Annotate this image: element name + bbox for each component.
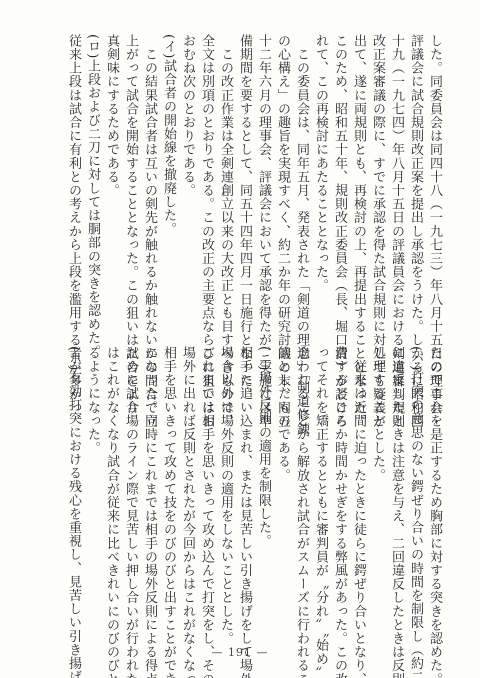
- list-item-heading: (イ)試合者の開始線を撤廃した。: [159, 34, 178, 330]
- text-column: した。同委員会は同四十八（一九七三）年八月十五日の理事会・: [425, 34, 444, 330]
- text-column: この結果試合者は互いの剣先が触れるか触れないかの間合で立: [140, 34, 159, 330]
- text-column: 場外に出れば反則とされたが今回からはこれがなくなったので: [178, 346, 197, 632]
- text-column: この改正作業は全剣連創立以来の大改正とも目すべきもので、: [216, 34, 235, 330]
- page-number: — 191 —: [0, 646, 480, 659]
- text-column: 真剣味にするためである。: [102, 34, 121, 330]
- text-column: これまでは相手を思いきって攻め込んで打突をし、その余勢で: [197, 346, 216, 632]
- text-column: 処理することとした。: [368, 346, 387, 632]
- text-column: れて、この再検討にあたることとなった。: [311, 34, 330, 330]
- text-column: ために試合場のライン際で見苦しい押し合いが行われたが今後: [121, 346, 140, 632]
- text-column: 従来は近間に迫ったときに徒らに鍔ぜり合いとなり、時間を空: [349, 346, 368, 632]
- text-column: 的としたものである。: [273, 346, 292, 632]
- text-column: 費するどころか時間かせぎをする弊風があった。この改正によ: [330, 346, 349, 632]
- text-column: はこれがなくなり試合が従来に比べきれいにのびのびと行われ: [102, 346, 121, 632]
- text-column: になった。同時にこれまでは相手の場外反則による得点を稼ぐ: [140, 346, 159, 632]
- list-item-heading: (ニ)場外反則の適用を制限した。: [254, 346, 273, 632]
- text-column: 追われることから解放され試合がスムーズに行われることを目: [292, 346, 311, 632]
- list-item-heading: (ホ)有効打突における残心を重視し、見苦しい引き揚げをした場合: [64, 346, 83, 632]
- text-column: 場合以外は場外反則の適用をしないこととした。: [216, 346, 235, 632]
- text-column: に違反したときは注意を与え、二回違反したときは反則として: [387, 346, 406, 632]
- text-column: たのでこれを是正するため胸部に対する突きを認めた。: [425, 346, 444, 632]
- text-column: 十九（一九七四）年八月十五日の評議員会における剣道審判規則: [387, 34, 406, 330]
- text-column: このため、昭和五十年、規則改正委員会（長、堀口清）が設けら: [330, 34, 349, 330]
- text-column: 出て、遂に両規則とも、再検討の上、再提出することとなった。: [349, 34, 368, 330]
- document-page: した。同委員会は同四十八（一九七三）年八月十五日の理事会・ 評議会に試合規則改正…: [0, 0, 480, 678]
- text-block-top: した。同委員会は同四十八（一九七三）年八月十五日の理事会・ 評議会に試合規則改正…: [64, 34, 444, 330]
- text-column: 相手に追い込まれ、または見苦しい引き揚げをして場外に出た: [235, 346, 254, 632]
- text-column: の心構え」の趣旨を実現すべく、約二か年の研究討議の末、同五: [273, 34, 292, 330]
- text-column: 全文は別項のとおりである。この改正の主要点ならびに狙いはお: [197, 34, 216, 330]
- text-column: 相手を思いきって攻めて技をのびのびと出すことができるよう: [159, 346, 178, 632]
- list-item-heading: (ロ)上段および二刀に対しては胴部の突きを認めた。: [83, 34, 102, 330]
- text-block-bottom: たのでこれを是正するため胸部に対する突きを認めた。 (ハ)打突の意思のない鍔ぜり…: [64, 346, 444, 632]
- text-column: 従来上段は試合に有利との考えから上段を濫用する者が多かっ: [64, 34, 83, 330]
- text-column: おむね次のとおりである。: [178, 34, 197, 330]
- text-column: この委員会は、同年五月、発表された「剣道の理念」「剣道修錬: [292, 34, 311, 330]
- text-column: ってそれを矯正するとともに審判員が〝分れ〟〝始め〟の指示に: [311, 346, 330, 632]
- text-column: 備期間を要するとして、同五十四年四月一日施行となった。: [235, 34, 254, 330]
- list-item-heading: (ハ)打突の意思のない鍔ぜり合いの時間を制限し（約二十秒）これ: [406, 346, 425, 632]
- text-column: 十二年六月の理事会、評議会において承認を得たが、実施には準: [254, 34, 273, 330]
- text-column: 上がって試合を開始することとなった。この狙いは試合をより: [121, 34, 140, 330]
- text-column: 評議会に試合規則改正案を提出し承認をうけた。しかるに昭和四: [406, 34, 425, 330]
- text-column: 改正案審議の際に、すでに承認を得た試合規則に対しても疑義が: [368, 34, 387, 330]
- text-column: るようになった。: [83, 346, 102, 632]
